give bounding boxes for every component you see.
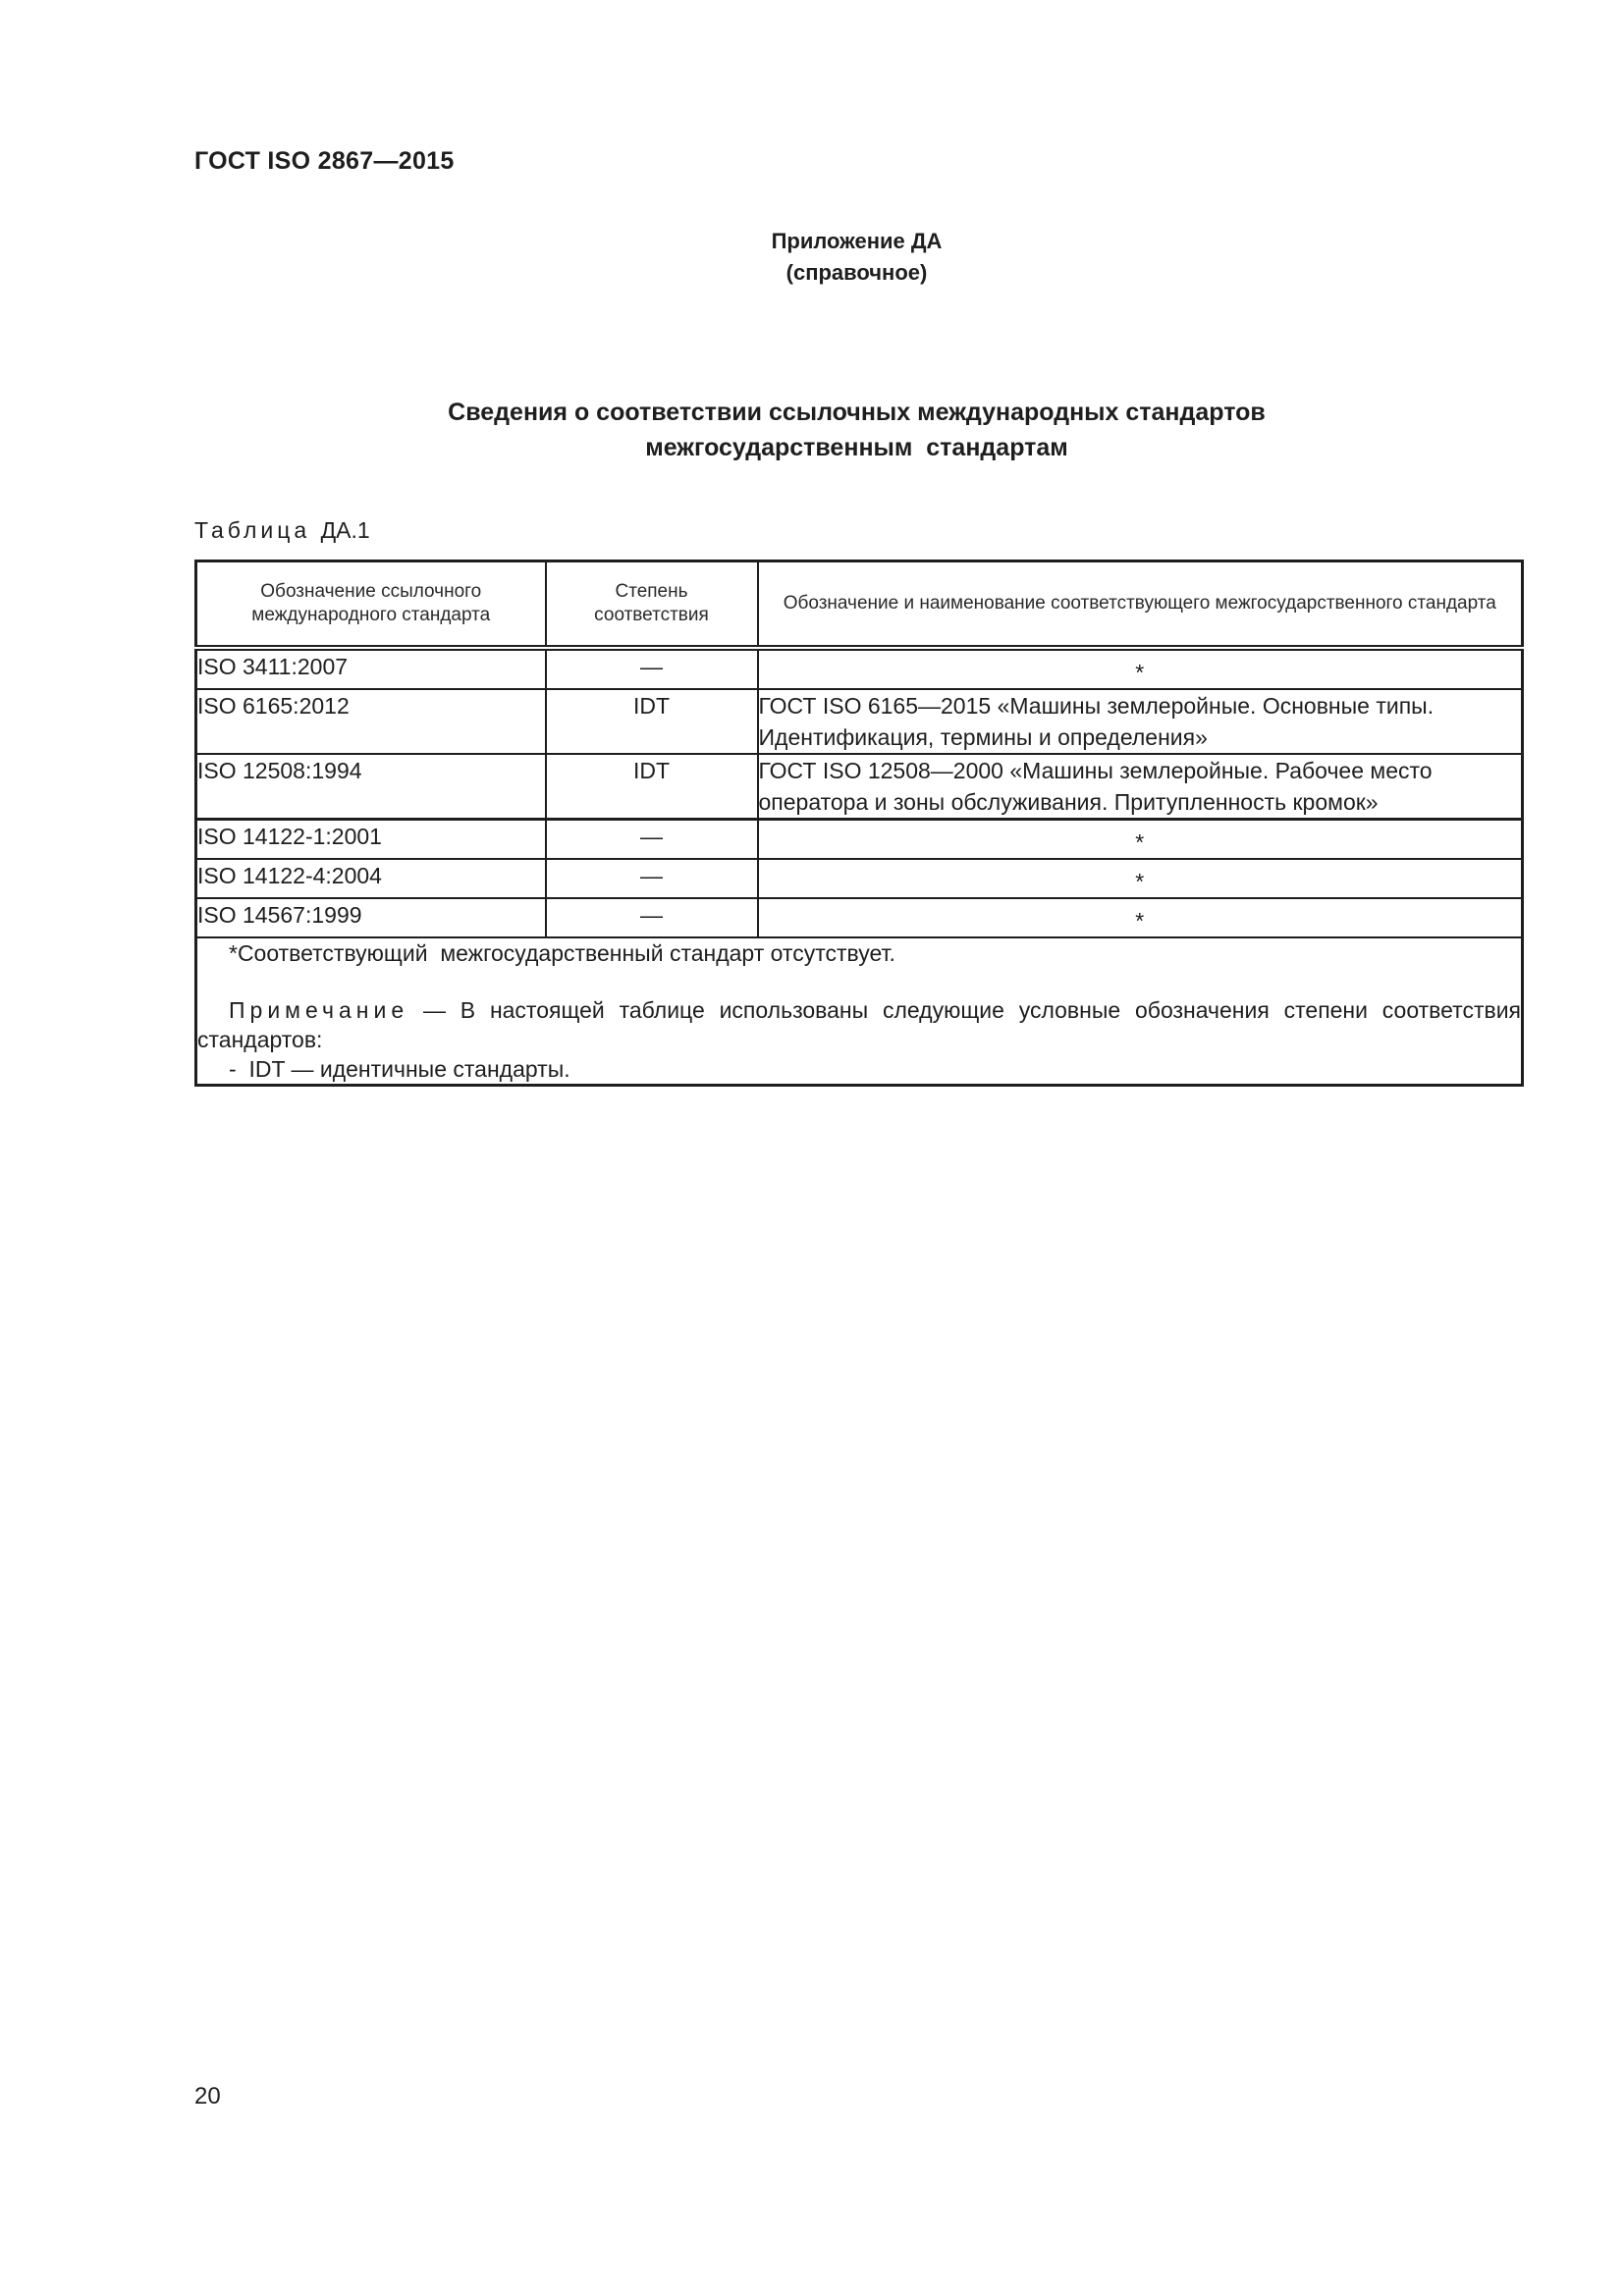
table-note: Примечание — В настоящей таблице использ… — [197, 995, 1521, 1054]
note-label: Примечание — [229, 997, 408, 1023]
cell-intl-standard: ISO 14567:1999 — [196, 898, 546, 937]
table-row: ISO 14567:1999 — * — [196, 898, 1523, 937]
section-title-line-2: межгосударственным стандартам — [0, 430, 1624, 465]
cell-degree: IDT — [546, 689, 758, 754]
cell-interstate-standard: * — [758, 648, 1523, 689]
cell-intl-standard: ISO 14122-4:2004 — [196, 859, 546, 898]
column-header-interstate-standard: Обозначение и наименование соответствующ… — [758, 561, 1523, 649]
column-header-text: Степень соответствия — [547, 580, 757, 627]
cell-intl-standard: ISO 3411:2007 — [196, 648, 546, 689]
cell-degree: — — [546, 898, 758, 937]
column-header-text: Обозначение и наименование соответствующ… — [759, 592, 1522, 615]
appendix-title: Приложение ДА — [0, 226, 1624, 257]
column-header-intl-standard: Обозначение ссылочного международного ст… — [196, 561, 546, 649]
cell-interstate-standard: * — [758, 820, 1523, 860]
section-title: Сведения о соответствии ссылочных междун… — [0, 395, 1624, 465]
table-row: ISO 14122-4:2004 — * — [196, 859, 1523, 898]
table-footnote: *Соответствующий межгосударственный стан… — [197, 938, 1521, 968]
cell-intl-standard: ISO 12508:1994 — [196, 754, 546, 820]
cell-interstate-standard: * — [758, 859, 1523, 898]
table-notes-row: *Соответствующий межгосударственный стан… — [196, 937, 1523, 1086]
section-title-line-1: Сведения о соответствии ссылочных междун… — [0, 395, 1624, 430]
column-header-degree: Степень соответствия — [546, 561, 758, 649]
cell-degree: — — [546, 859, 758, 898]
correspondence-table: Обозначение ссылочного международного ст… — [194, 560, 1524, 1087]
column-header-text: Обозначение ссылочного международного ст… — [197, 580, 545, 627]
table-row: ISO 6165:2012 IDT ГОСТ ISO 6165—2015 «Ма… — [196, 689, 1523, 754]
table-row: ISO 14122-1:2001 — * — [196, 820, 1523, 860]
cell-degree: — — [546, 648, 758, 689]
document-id: ГОСТ ISO 2867—2015 — [194, 147, 455, 176]
appendix-kind: (справочное) — [0, 257, 1624, 289]
table-caption: Таблица ДА.1 — [194, 517, 370, 544]
table-caption-word: Таблица — [194, 517, 310, 543]
cell-degree: — — [546, 820, 758, 860]
page-number: 20 — [194, 2083, 221, 2110]
table-row: ISO 3411:2007 — * — [196, 648, 1523, 689]
cell-interstate-standard: * — [758, 898, 1523, 937]
cell-intl-standard: ISO 6165:2012 — [196, 689, 546, 754]
table-notes: *Соответствующий межгосударственный стан… — [196, 937, 1523, 1086]
cell-intl-standard: ISO 14122-1:2001 — [196, 820, 546, 860]
note-item: - IDT — идентичные стандарты. — [197, 1054, 1521, 1084]
cell-interstate-standard: ГОСТ ISO 12508—2000 «Машины землеройные.… — [758, 754, 1523, 820]
table-caption-number: ДА.1 — [321, 517, 370, 543]
table-row: ISO 12508:1994 IDT ГОСТ ISO 12508—2000 «… — [196, 754, 1523, 820]
table-header-row: Обозначение ссылочного международного ст… — [196, 561, 1523, 649]
cell-interstate-standard: ГОСТ ISO 6165—2015 «Машины землеройные. … — [758, 689, 1523, 754]
appendix-heading: Приложение ДА (справочное) — [0, 226, 1624, 289]
cell-degree: IDT — [546, 754, 758, 820]
